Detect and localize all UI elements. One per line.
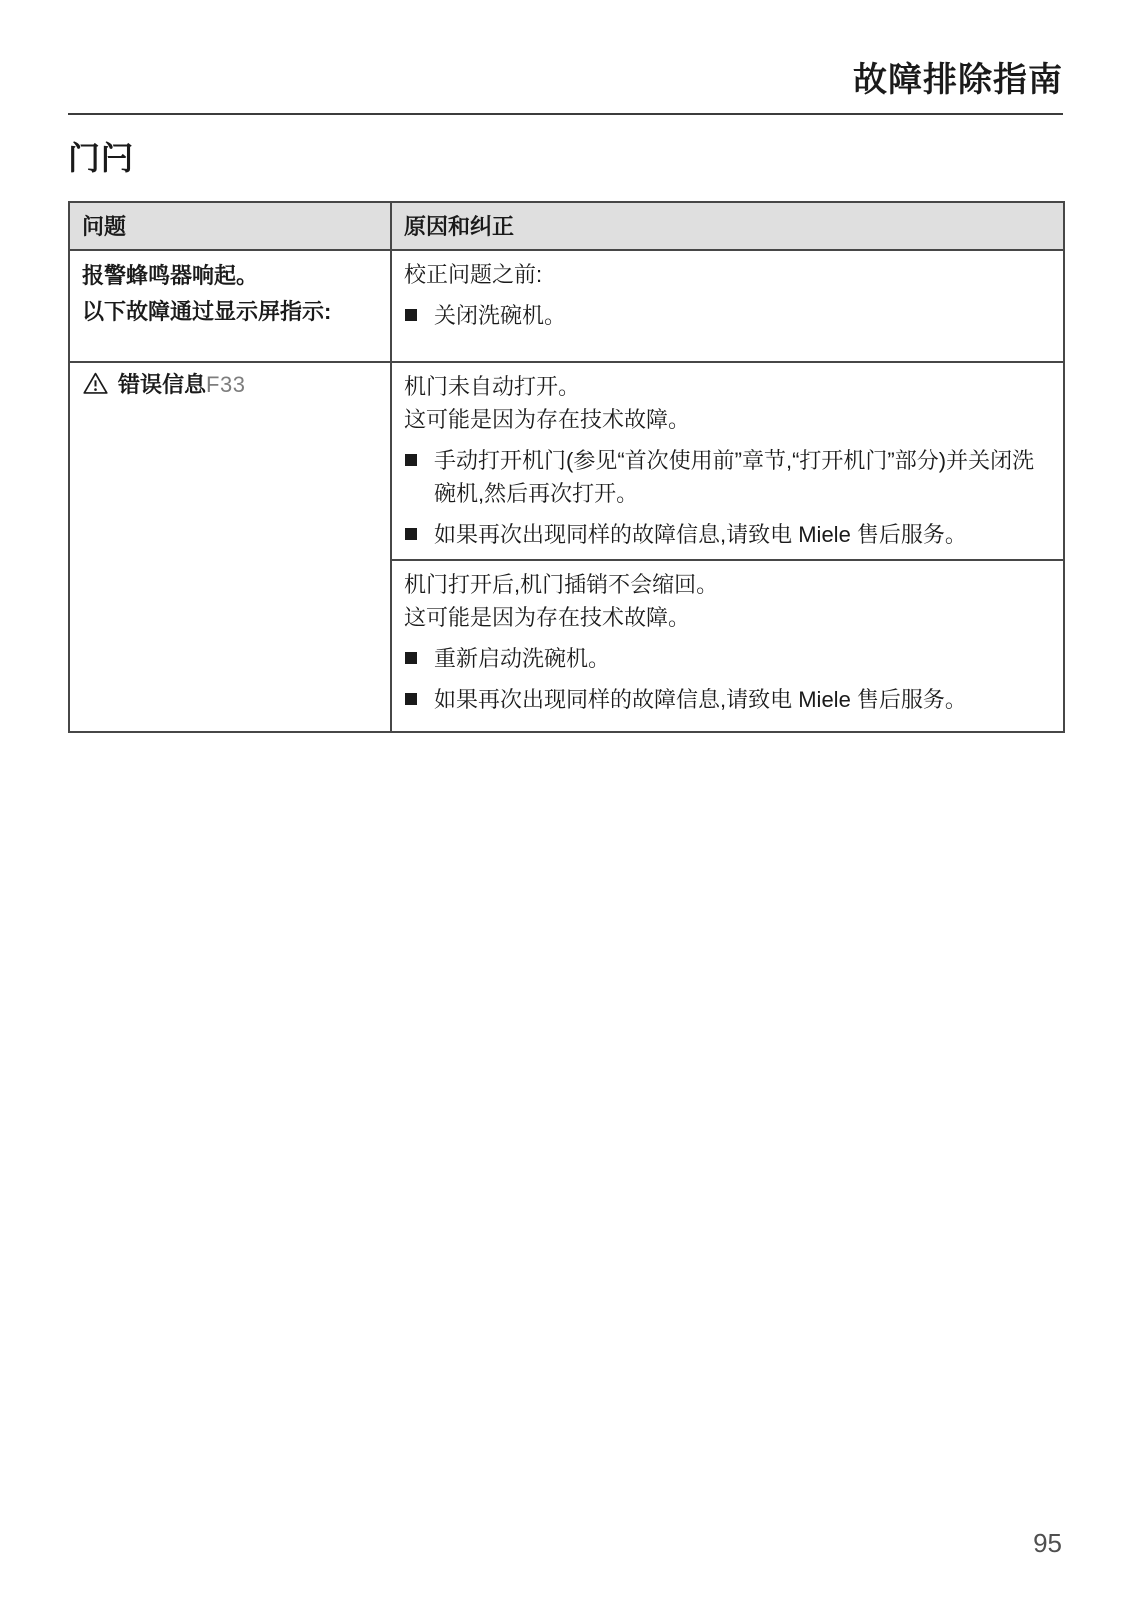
- cause-cell: 机门未自动打开。 这可能是因为存在技术故障。 手动打开机门(参见“首次使用前”章…: [391, 362, 1064, 560]
- cause-line: 机门打开后,机门插销不会缩回。: [404, 568, 1049, 601]
- list-item: 重新启动洗碗机。: [404, 642, 1049, 675]
- cause-line: 这可能是因为存在技术故障。: [404, 403, 1049, 436]
- table-header-row: 问题 原因和纠正: [69, 202, 1064, 250]
- bullet-square-icon: [405, 528, 417, 540]
- bullet-text: 重新启动洗碗机。: [434, 642, 1049, 675]
- bullet-square-icon: [405, 652, 417, 664]
- manual-page: 故障排除指南 门闩 问题 原因和纠正 报警蜂鸣器响起。 以下故障通过显示屏指示:…: [0, 0, 1128, 1600]
- bullet-text: 如果再次出现同样的故障信息,请致电 Miele 售后服务。: [434, 518, 1049, 551]
- column-header-cause: 原因和纠正: [391, 202, 1064, 250]
- list-item: 如果再次出现同样的故障信息,请致电 Miele 售后服务。: [404, 518, 1049, 551]
- cause-line: 这可能是因为存在技术故障。: [404, 601, 1049, 634]
- page-header: 故障排除指南: [68, 60, 1063, 101]
- error-message-label: 错误信息F33: [82, 370, 376, 400]
- page-number: 95: [1033, 1528, 1062, 1559]
- bullet-square-icon: [405, 309, 417, 321]
- problem-cell: 错误信息F33: [69, 362, 391, 732]
- bullet-text: 手动打开机门(参见“首次使用前”章节,“打开机门”部分)并关闭洗碗机,然后再次打…: [434, 444, 1049, 510]
- problem-cell: 报警蜂鸣器响起。 以下故障通过显示屏指示:: [69, 250, 391, 362]
- list-item: 如果再次出现同样的故障信息,请致电 Miele 售后服务。: [404, 683, 1049, 716]
- problem-line: 以下故障通过显示屏指示:: [82, 294, 376, 330]
- cause-intro: 校正问题之前:: [404, 258, 1049, 291]
- table-row: 报警蜂鸣器响起。 以下故障通过显示屏指示: 校正问题之前: 关闭洗碗机。: [69, 250, 1064, 362]
- cause-line: 机门未自动打开。: [404, 370, 1049, 403]
- bullet-square-icon: [405, 693, 417, 705]
- column-header-problem: 问题: [69, 202, 391, 250]
- header-divider: [68, 113, 1063, 115]
- table-row: 错误信息F33 机门未自动打开。 这可能是因为存在技术故障。 手动打开机门(参见…: [69, 362, 1064, 560]
- error-label-text: 错误信息: [118, 370, 206, 400]
- cause-cell: 机门打开后,机门插销不会缩回。 这可能是因为存在技术故障。 重新启动洗碗机。 如…: [391, 560, 1064, 732]
- list-item: 手动打开机门(参见“首次使用前”章节,“打开机门”部分)并关闭洗碗机,然后再次打…: [404, 444, 1049, 510]
- cause-cell: 校正问题之前: 关闭洗碗机。: [391, 250, 1064, 362]
- bullet-text: 关闭洗碗机。: [434, 299, 1049, 332]
- troubleshooting-table: 问题 原因和纠正 报警蜂鸣器响起。 以下故障通过显示屏指示: 校正问题之前: 关…: [68, 201, 1065, 733]
- bullet-square-icon: [405, 454, 417, 466]
- warning-triangle-icon: [82, 370, 109, 397]
- bullet-text: 如果再次出现同样的故障信息,请致电 Miele 售后服务。: [434, 683, 1049, 716]
- problem-line: 报警蜂鸣器响起。: [82, 258, 376, 294]
- section-title: 门闩: [68, 133, 1063, 179]
- error-code: F33: [206, 370, 245, 400]
- list-item: 关闭洗碗机。: [404, 299, 1049, 332]
- page-title: 故障排除指南: [68, 60, 1063, 101]
